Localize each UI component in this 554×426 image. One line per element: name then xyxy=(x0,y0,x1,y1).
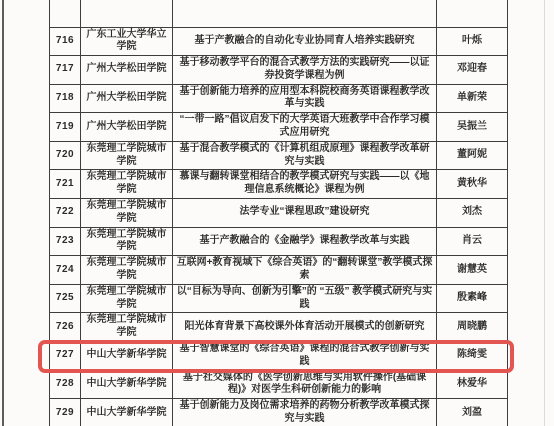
title-cell: 基于产教融合的自动化专业协同育人培养实践研究 xyxy=(173,27,437,56)
title-cell: 基于社交媒体的《医学创新思维与实用软件操作(基础课程)》对医学生科研创新能力的影… xyxy=(173,370,437,399)
table-row: 717 广州大学松田学院 基于移动教学平台的混合式教学方法的实践研究——以证券投… xyxy=(50,56,508,85)
title-cell: 基于智慧课堂的《综合英语》课程的混合式教学创新与实践 xyxy=(173,342,437,371)
school-cell: 东莞理工学院城市学院 xyxy=(81,313,173,342)
school-cell: 东莞理工学院城市学院 xyxy=(81,227,173,256)
table-row-highlighted: 727 中山大学新华学院 基于智慧课堂的《综合英语》课程的混合式教学创新与实践 … xyxy=(50,342,508,371)
person-cell: 刘盈 xyxy=(437,399,508,426)
table-row: 722 东莞理工学院城市学院 法学专业“课程思政”建设研究 刘杰 xyxy=(50,199,508,228)
table-row: 718 广州大学松田学院 基于创新能力培养的应用型本科院校商务英语课程教学改革与… xyxy=(50,84,508,113)
person-cell: 林爱华 xyxy=(437,370,508,399)
table-row: 725 东莞理工学院城市学院 以“目标为导向、创新为引擎”的 “五级” 教学模式… xyxy=(50,284,508,313)
person-cell: 肖云 xyxy=(437,227,508,256)
person-cell: 殷素峰 xyxy=(437,284,508,313)
row-number-cell: 727 xyxy=(50,342,81,371)
title-cell: 阳光体育背景下高校课外体育活动开展模式的创新研究 xyxy=(173,313,437,342)
page-right-edge-line xyxy=(544,0,545,426)
school-cell: 中山大学新华学院 xyxy=(81,370,173,399)
scanned-document-page: 716 广东工业大学华立学院 基于产教融合的自动化专业协同育人培养实践研究 叶烁… xyxy=(0,0,554,426)
row-number-cell: 722 xyxy=(50,199,81,228)
table-row: 729 中山大学新华学院 基于创新能力及岗位需求培养的药物分析教学改革模式探究与… xyxy=(50,399,508,426)
title-cell: 基于创新能力培养的应用型本科院校商务英语课程教学改革与实践 xyxy=(173,84,437,113)
title-cell: 基于产教融合的《金融学》课程教学改革与实践 xyxy=(173,227,437,256)
table-row: 726 东莞理工学院城市学院 阳光体育背景下高校课外体育活动开展模式的创新研究 … xyxy=(50,313,508,342)
school-cell: 广州大学松田学院 xyxy=(81,113,173,142)
school-cell: 东莞理工学院城市学院 xyxy=(81,284,173,313)
title-cell: 基于混合教学模式的《计算机组成原理》课程教学改革研究与实践 xyxy=(173,141,437,170)
table-row: 716 广东工业大学华立学院 基于产教融合的自动化专业协同育人培养实践研究 叶烁 xyxy=(50,27,508,56)
row-number-cell: 729 xyxy=(50,399,81,426)
school-cell: 广东工业大学华立学院 xyxy=(81,27,173,56)
title-cell: 基于创新能力及岗位需求培养的药物分析教学改革模式探究与实践 xyxy=(173,399,437,426)
title-cell: 互联网+教育视域下《综合英语》的“翻转课堂”教学模式探索 xyxy=(173,256,437,285)
row-number-cell: 726 xyxy=(50,313,81,342)
school-cell: 广州大学松田学院 xyxy=(81,56,173,85)
person-cell: 董阿妮 xyxy=(437,141,508,170)
person-cell xyxy=(437,0,508,27)
person-cell: 黄秋华 xyxy=(437,170,508,199)
person-cell: 吴振兰 xyxy=(437,113,508,142)
person-cell: 周晓鹏 xyxy=(437,313,508,342)
row-number-cell: 719 xyxy=(50,113,81,142)
row-number-cell: 721 xyxy=(50,170,81,199)
person-cell: 陈绮雯 xyxy=(437,342,508,371)
table-row: 723 东莞理工学院城市学院 基于产教融合的《金融学》课程教学改革与实践 肖云 xyxy=(50,227,508,256)
school-cell: 东莞理工学院城市学院 xyxy=(81,199,173,228)
title-cell: “一带一路”倡议启发下的大学英语大班教学中合作学习模式应用研究 xyxy=(173,113,437,142)
row-number-cell: 724 xyxy=(50,256,81,285)
page-left-edge-line xyxy=(2,0,4,426)
person-cell: 谢慧英 xyxy=(437,256,508,285)
table-row: 728 中山大学新华学院 基于社交媒体的《医学创新思维与实用软件操作(基础课程)… xyxy=(50,370,508,399)
school-cell: 中山大学新华学院 xyxy=(81,342,173,371)
row-number-cell: 723 xyxy=(50,227,81,256)
table-row: 724 东莞理工学院城市学院 互联网+教育视域下《综合英语》的“翻转课堂”教学模… xyxy=(50,256,508,285)
row-number-cell: 728 xyxy=(50,370,81,399)
person-cell: 单新荣 xyxy=(437,84,508,113)
row-number-cell: 717 xyxy=(50,56,81,85)
row-number-cell: 720 xyxy=(50,141,81,170)
title-cell: 慕课与翻转课堂相结合的教学模式研究与实践——以《地理信息系统概论》课程为例 xyxy=(173,170,437,199)
table-row: 719 广州大学松田学院 “一带一路”倡议启发下的大学英语大班教学中合作学习模式… xyxy=(50,113,508,142)
title-cell: 基于移动教学平台的混合式教学方法的实践研究——以证券投资学课程为例 xyxy=(173,56,437,85)
school-cell: 东莞理工学院城市学院 xyxy=(81,256,173,285)
person-cell: 邓迎春 xyxy=(437,56,508,85)
table-row: 721 东莞理工学院城市学院 慕课与翻转课堂相结合的教学模式研究与实践——以《地… xyxy=(50,170,508,199)
school-cell: 东莞理工学院城市学院 xyxy=(81,170,173,199)
school-cell xyxy=(81,0,173,27)
person-cell: 刘杰 xyxy=(437,199,508,228)
title-cell: 法学专业“课程思政”建设研究 xyxy=(173,199,437,228)
person-cell: 叶烁 xyxy=(437,27,508,56)
table-row: 720 东莞理工学院城市学院 基于混合教学模式的《计算机组成原理》课程教学改革研… xyxy=(50,141,508,170)
projects-table: 716 广东工业大学华立学院 基于产教融合的自动化专业协同育人培养实践研究 叶烁… xyxy=(49,0,508,426)
school-cell: 广州大学松田学院 xyxy=(81,84,173,113)
title-cell xyxy=(173,0,437,27)
school-cell: 东莞理工学院城市学院 xyxy=(81,141,173,170)
title-cell: 以“目标为导向、创新为引擎”的 “五级” 教学模式研究与实践 xyxy=(173,284,437,313)
partial-top-row xyxy=(50,0,508,27)
row-number-cell: 725 xyxy=(50,284,81,313)
row-number-cell: 718 xyxy=(50,84,81,113)
school-cell: 中山大学新华学院 xyxy=(81,399,173,426)
row-number-cell xyxy=(50,0,81,27)
row-number-cell: 716 xyxy=(50,27,81,56)
